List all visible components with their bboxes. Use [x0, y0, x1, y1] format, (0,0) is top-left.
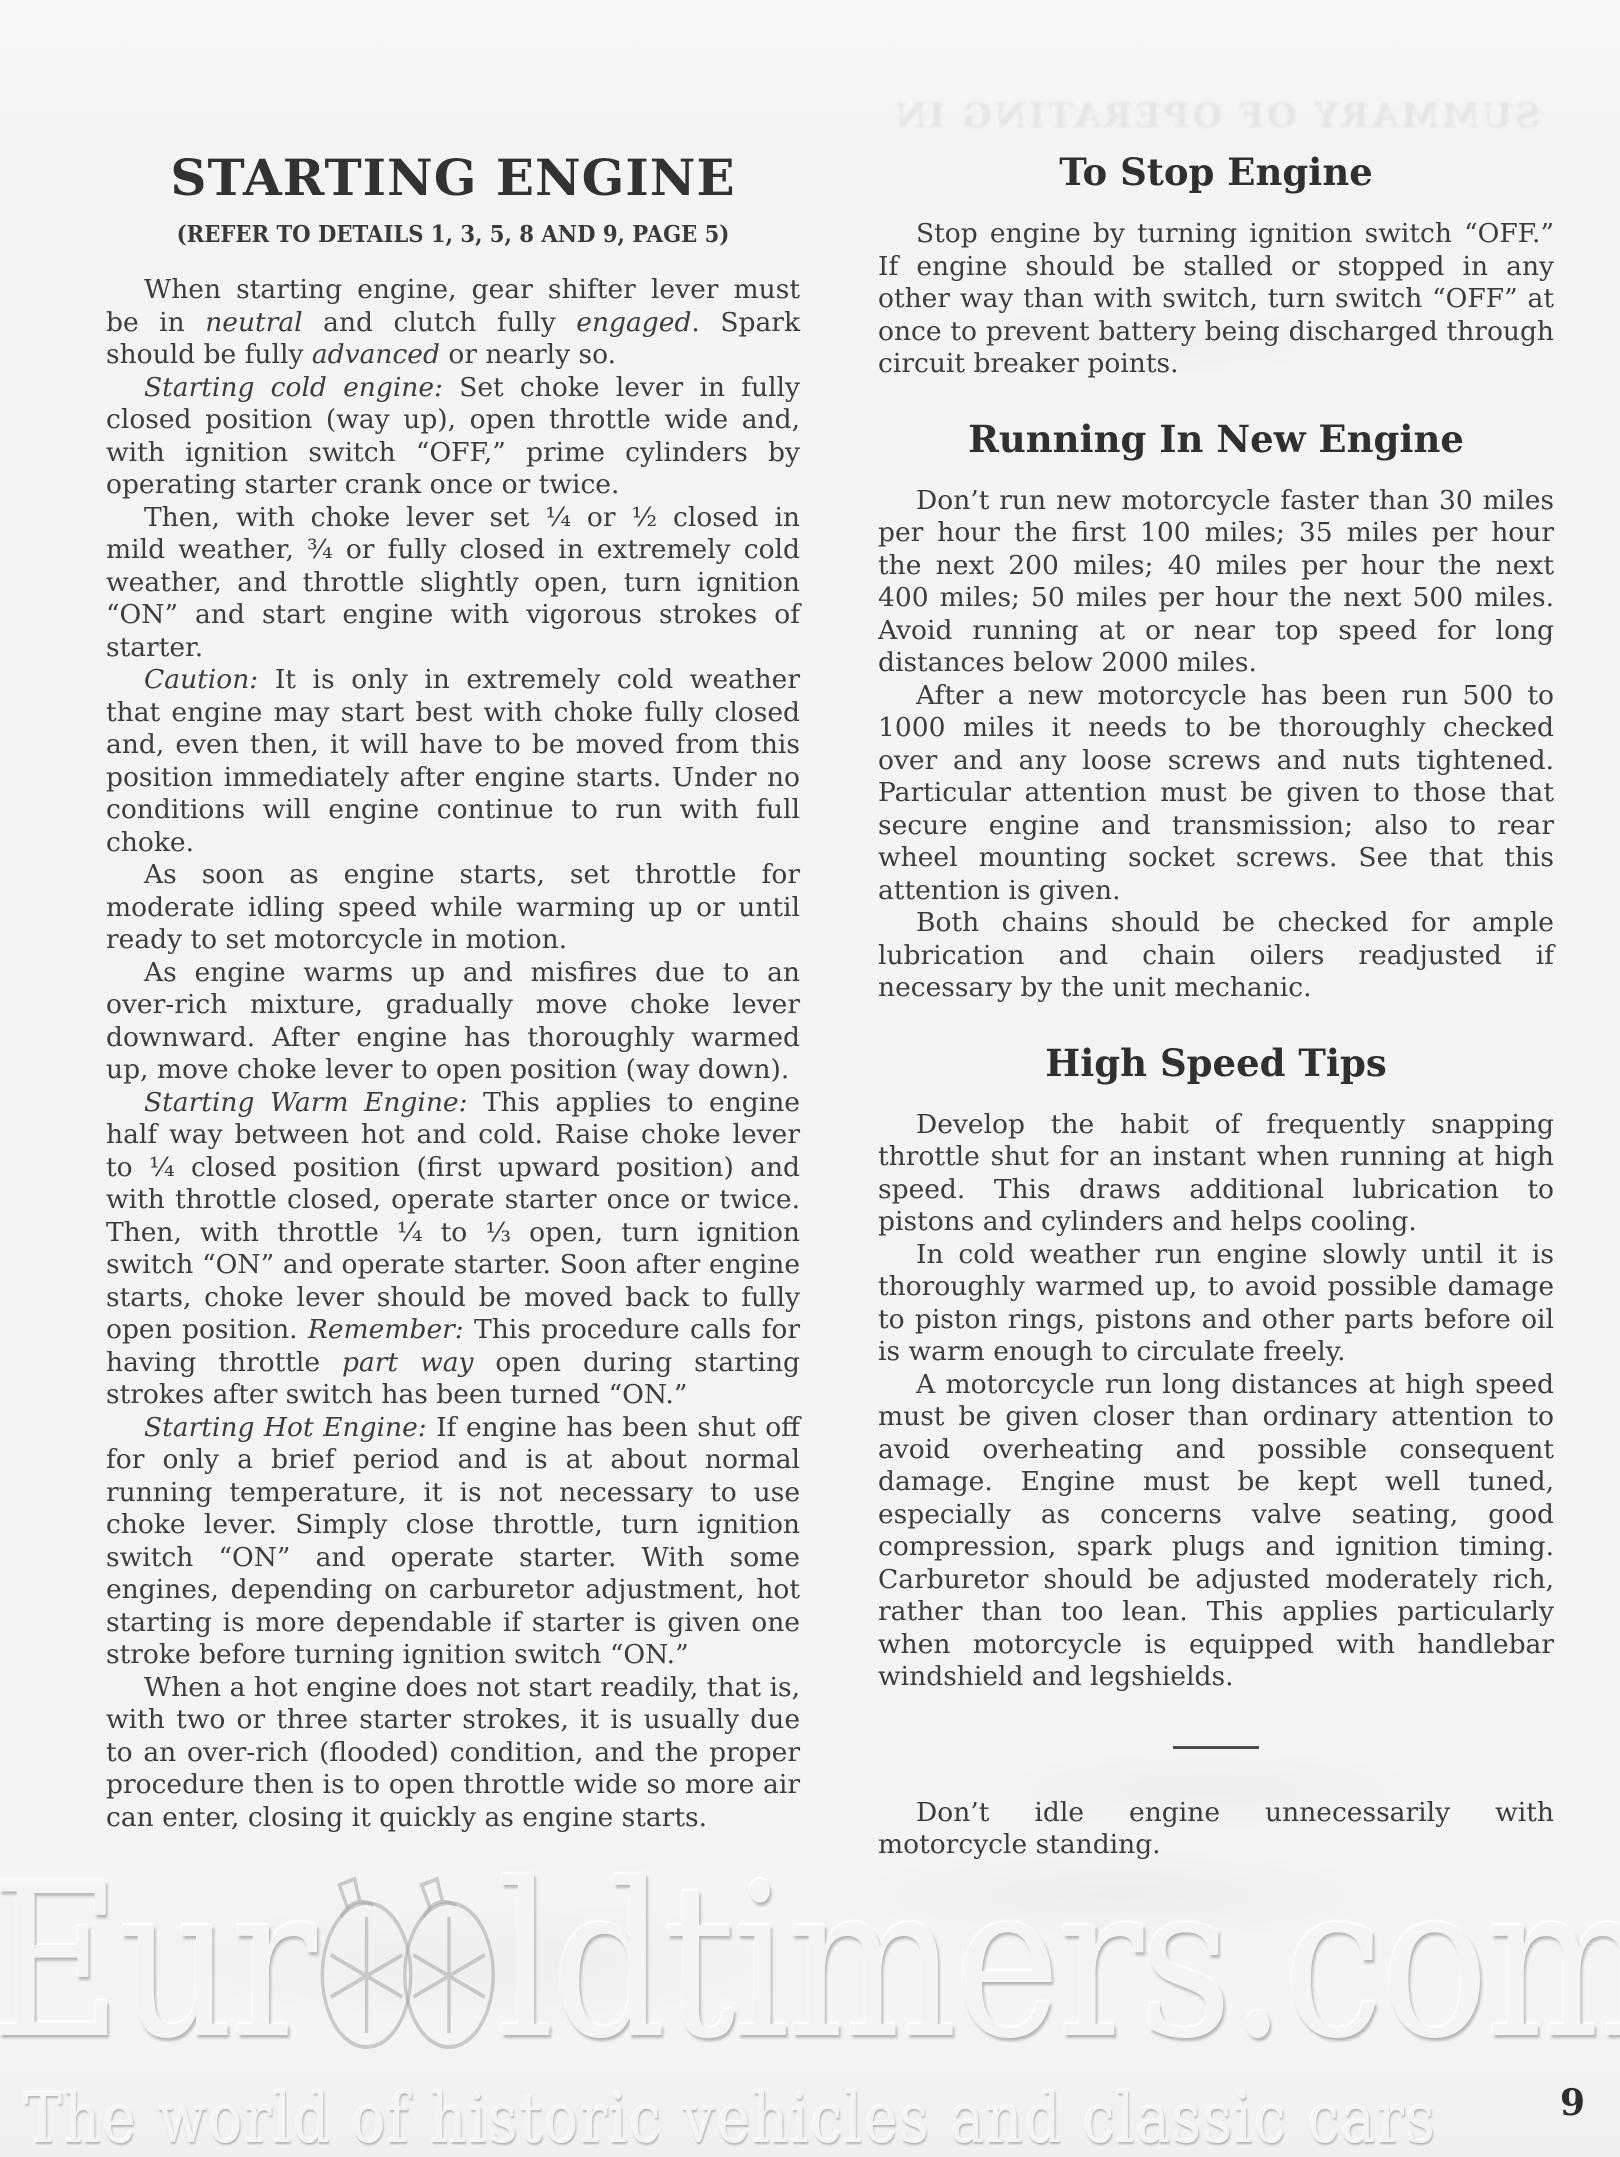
paragraph: After a new motorcycle has been run 500 …	[878, 680, 1554, 908]
watermark-prefix: Eur	[0, 1838, 314, 2085]
scooter-icon	[389, 1865, 504, 2055]
paragraph: Starting Hot Engine: If engine has been …	[106, 1412, 800, 1672]
paragraph: Stop engine by turning ignition switch “…	[878, 218, 1554, 381]
left-column-paragraphs: When starting engine, gear shifter lever…	[106, 274, 800, 1834]
watermark-suffix: ldtimers.com	[497, 1838, 1620, 2085]
left-column: STARTING ENGINE (REFER TO DETAILS 1, 3, …	[106, 148, 800, 1834]
page-number: 9	[1560, 2082, 1585, 2124]
ghost-bleed-text: SUMMARY OF OPERATING IN	[878, 96, 1554, 136]
paragraph: Develop the habit of frequently snapping…	[878, 1109, 1554, 1239]
paragraph: As engine warms up and misfires due to a…	[106, 957, 800, 1087]
paragraph: In cold weather run engine slowly until …	[878, 1239, 1554, 1369]
section-heading: High Speed Tips	[878, 1041, 1554, 1085]
paragraph: Don’t run new motorcycle faster than 30 …	[878, 485, 1554, 680]
scooter-icons	[307, 1838, 504, 2085]
paragraph: When a hot engine does not start readily…	[106, 1672, 800, 1835]
paragraph: Caution: It is only in extremely cold we…	[106, 664, 800, 859]
paragraph: Then, with choke lever set ¼ or ½ closed…	[106, 502, 800, 665]
paragraph: Starting Warm Engine: This applies to en…	[106, 1087, 800, 1412]
manual-page: SUMMARY OF OPERATING IN STARTING ENGINE …	[0, 0, 1620, 2157]
paragraph: A motorcycle run long distances at high …	[878, 1369, 1554, 1694]
section-heading: Running In New Engine	[878, 417, 1554, 461]
watermark-tagline: The world of historic vehicles and class…	[24, 2080, 1437, 2157]
page-title: STARTING ENGINE	[106, 148, 800, 207]
watermark: Eurldtimers.com	[0, 1838, 1620, 2085]
divider-rule	[1173, 1746, 1259, 1749]
page-subtitle: (REFER TO DETAILS 1, 3, 5, 8 AND 9, PAGE…	[134, 221, 772, 248]
paragraph: Starting cold engine: Set choke lever in…	[106, 372, 800, 502]
right-column: To Stop EngineStop engine by turning ign…	[878, 150, 1554, 1862]
paragraph: As soon as engine starts, set throttle f…	[106, 859, 800, 957]
paragraph: When starting engine, gear shifter lever…	[106, 274, 800, 372]
paragraph: Both chains should be checked for ample …	[878, 907, 1554, 1005]
section-heading: To Stop Engine	[878, 150, 1554, 194]
